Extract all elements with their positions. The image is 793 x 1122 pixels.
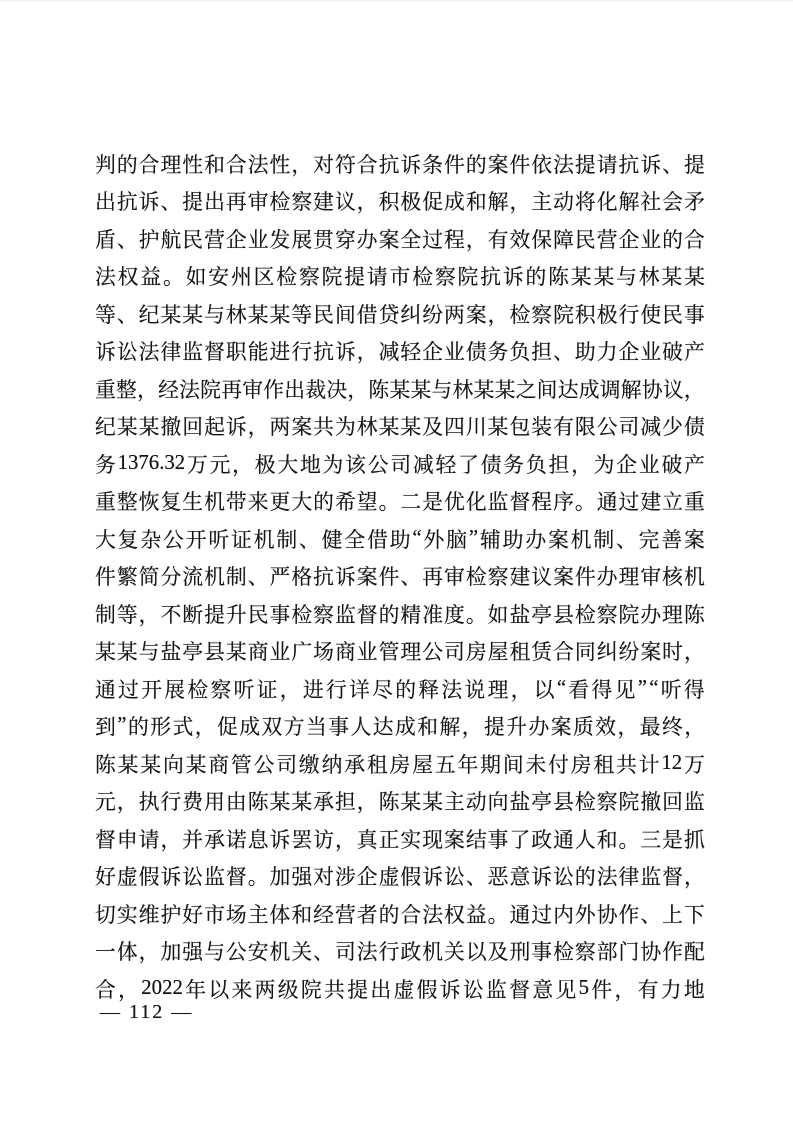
text-line: 重整恢复生机带来更大的希望。二是优化监督程序。通过建立重 bbox=[95, 482, 705, 520]
text-line: 某某与盐亭县某商业广场商业管理公司房屋租赁合同纠纷案时， bbox=[95, 632, 705, 670]
text-line: 诉讼法律监督职能进行抗诉，减轻企业债务负担、助力企业破产 bbox=[95, 332, 705, 370]
text-line: 制等，不断提升民事检察监督的精准度。如盐亭县检察院办理陈 bbox=[95, 594, 705, 632]
text-line: 好虚假诉讼监督。加强对涉企虚假诉讼、恶意诉讼的法律监督， bbox=[95, 857, 705, 895]
text-line: 纪某某撤回起诉，两案共为林某某及四川某包装有限公司减少债 bbox=[95, 407, 705, 445]
page-number: — 112 — bbox=[100, 1001, 193, 1024]
text-line: 元，执行费用由陈某某承担，陈某某主动向盐亭县检察院撤回监 bbox=[95, 782, 705, 820]
text-line: 一体，加强与公安机关、司法行政机关以及刑事检察部门协作配 bbox=[95, 932, 705, 970]
text-line: 判的合理性和合法性，对符合抗诉条件的案件依法提请抗诉、提 bbox=[95, 144, 705, 182]
text-line: 盾、护航民营企业发展贯穿办案全过程，有效保障民营企业的合 bbox=[95, 219, 705, 257]
text-line: 等、纪某某与林某某等民间借贷纠纷两案，检察院积极行使民事 bbox=[95, 294, 705, 332]
text-line: 法权益。如安州区检察院提请市检察院抗诉的陈某某与林某某 bbox=[95, 257, 705, 295]
text-line: 督申请，并承诺息诉罢访，真正实现案结事了政通人和。三是抓 bbox=[95, 819, 705, 857]
document-page: 判的合理性和合法性，对符合抗诉条件的案件依法提请抗诉、提出抗诉、提出再审检察建议… bbox=[0, 0, 793, 1122]
text-line: 陈某某向某商管公司缴纳承租房屋五年期间未付房租共计12万 bbox=[95, 744, 705, 782]
text-line: 大复杂公开听证机制、健全借助“外脑”辅助办案机制、完善案 bbox=[95, 519, 705, 557]
body-text: 判的合理性和合法性，对符合抗诉条件的案件依法提请抗诉、提出抗诉、提出再审检察建议… bbox=[95, 144, 705, 1007]
text-line: 到”的形式，促成双方当事人达成和解，提升办案质效，最终， bbox=[95, 707, 705, 745]
text-line: 件繁简分流机制、严格抗诉案件、再审检察建议案件办理审核机 bbox=[95, 557, 705, 595]
text-line: 务1376.32万元，极大地为该公司减轻了债务负担，为企业破产 bbox=[95, 444, 705, 482]
text-line: 出抗诉、提出再审检察建议，积极促成和解，主动将化解社会矛 bbox=[95, 182, 705, 220]
text-line: 切实维护好市场主体和经营者的合法权益。通过内外协作、上下 bbox=[95, 894, 705, 932]
text-line: 重整，经法院再审作出裁决，陈某某与林某某之间达成调解协议， bbox=[95, 369, 705, 407]
text-line: 通过开展检察听证，进行详尽的释法说理，以“看得见”“听得 bbox=[95, 669, 705, 707]
